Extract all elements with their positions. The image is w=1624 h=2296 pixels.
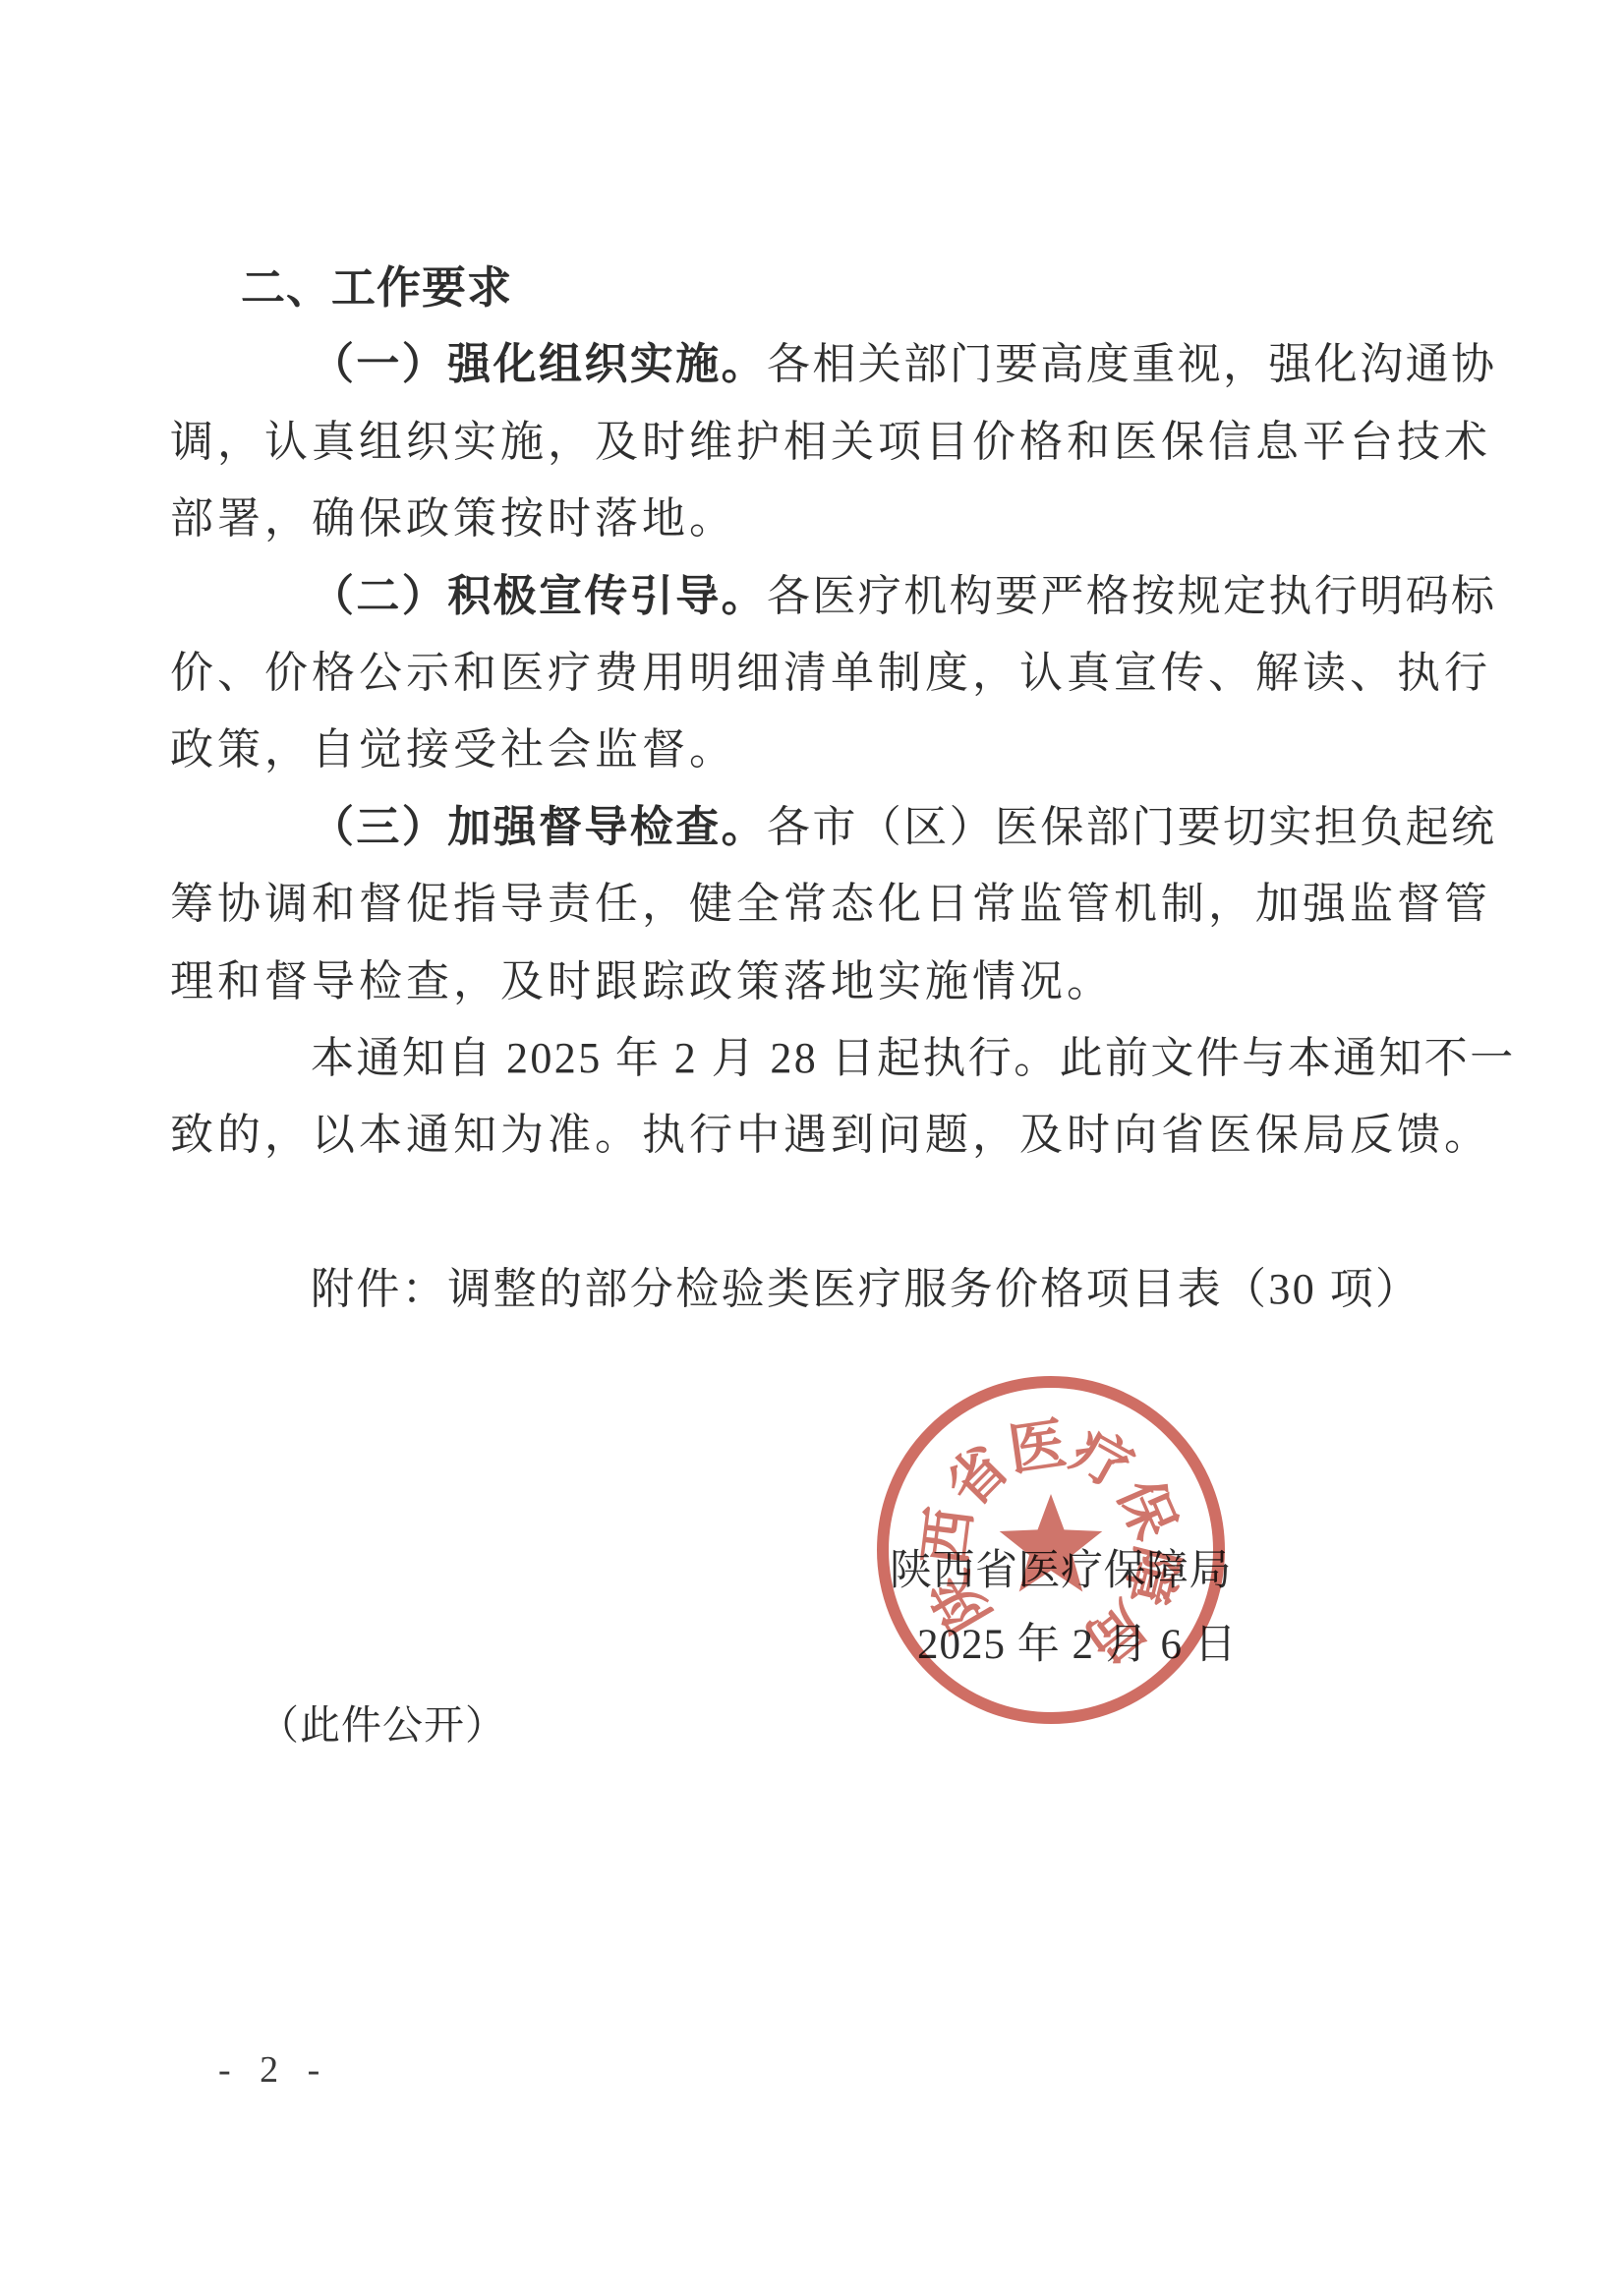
body-line-text: 本通知自 2025 年 2 月 28 日起执行。此前文件与本通知不一 [311, 1034, 1516, 1082]
body-line: 调，认真组织实施，及时维护相关项目价格和医保信息平台技术 [170, 404, 1507, 481]
body-line-text: 附件：调整的部分检验类医疗服务价格项目表（30 项） [311, 1265, 1421, 1313]
body-line-text: 政策，自觉接受社会监督。 [170, 725, 736, 774]
body-line-bold-lead: （二）积极宣传引导。 [311, 572, 767, 620]
body-line-text: 筹协调和督促指导责任，健全常态化日常监管机制，加强监督管 [170, 880, 1491, 928]
body-line: （三）加强督导检查。各市（区）医保部门要切实担负起统 [170, 789, 1507, 866]
body-line: 价、价格公示和医疗费用明细清单制度，认真宣传、解读、执行 [170, 635, 1507, 712]
body-line-text: 调，认真组织实施，及时维护相关项目价格和医保信息平台技术 [170, 418, 1491, 466]
body-line: 致的，以本通知为准。执行中遇到问题，及时向省医保局反馈。 [170, 1097, 1507, 1174]
body-line: 政策，自觉接受社会监督。 [170, 712, 1507, 788]
body-line-text: 理和督导检查，及时跟踪政策落地实施情况。 [170, 957, 1114, 1005]
body-text-block: 二、工作要求 （一）强化组织实施。各相关部门要高度重视，强化沟通协调，认真组织实… [170, 250, 1507, 1328]
page-number: - 2 - [218, 2050, 329, 2090]
body-line-text: 各医疗机构要严格按规定执行明码标 [767, 572, 1496, 620]
body-line-text: 价、价格公示和医疗费用明细清单制度，认真宣传、解读、执行 [170, 649, 1491, 697]
body-line: （二）积极宣传引导。各医疗机构要严格按规定执行明码标 [170, 558, 1507, 635]
signature-organization: 陕西省医疗保障局 [890, 1549, 1232, 1594]
body-line: 本通知自 2025 年 2 月 28 日起执行。此前文件与本通知不一 [170, 1020, 1507, 1097]
document-page: 二、工作要求 （一）强化组织实施。各相关部门要高度重视，强化沟通协调，认真组织实… [0, 0, 1624, 2296]
body-line-text: 致的，以本通知为准。执行中遇到问题，及时向省医保局反馈。 [170, 1111, 1491, 1159]
body-line-text: 各相关部门要高度重视，强化沟通协 [767, 340, 1496, 388]
body-line: 理和督导检查，及时跟踪政策落地实施情况。 [170, 944, 1507, 1020]
body-line: 筹协调和督促指导责任，健全常态化日常监管机制，加强监督管 [170, 866, 1507, 943]
signature-date: 2025 年 2 月 6 日 [917, 1623, 1238, 1668]
public-disclosure-note: （此件公开） [259, 1701, 506, 1749]
body-line: （一）强化组织实施。各相关部门要高度重视，强化沟通协 [170, 326, 1507, 403]
body-line-text: 各市（区）医保部门要切实担负起统 [767, 803, 1496, 851]
body-lines: （一）强化组织实施。各相关部门要高度重视，强化沟通协调，认真组织实施，及时维护相… [170, 326, 1507, 1328]
body-line: 部署，确保政策按时落地。 [170, 481, 1507, 557]
body-line-text: 部署，确保政策按时落地。 [170, 494, 736, 543]
body-line [170, 1175, 1507, 1251]
body-line-bold-lead: （三）加强督导检查。 [311, 803, 767, 851]
body-line-bold-lead: （一）强化组织实施。 [311, 340, 767, 388]
body-line: 附件：调整的部分检验类医疗服务价格项目表（30 项） [170, 1251, 1507, 1328]
section-heading: 二、工作要求 [170, 250, 1507, 326]
